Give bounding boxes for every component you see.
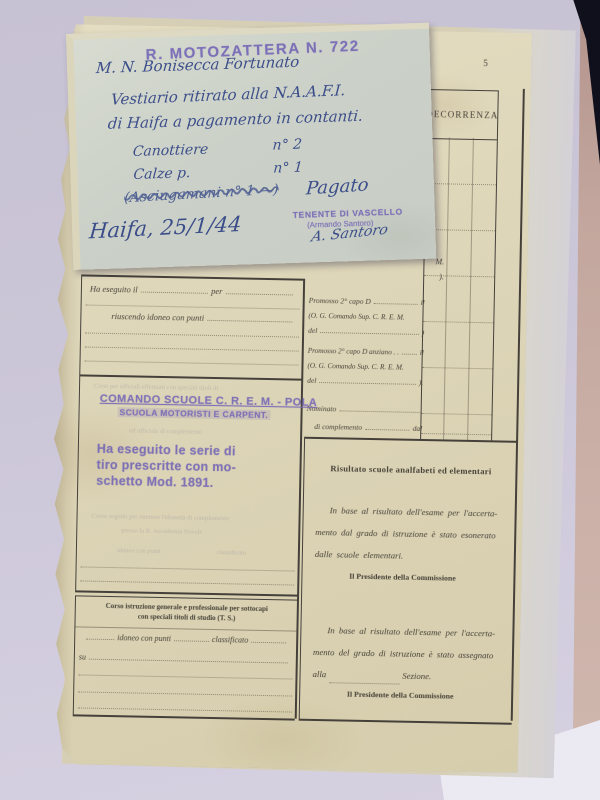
- dotted-leader: [207, 320, 292, 323]
- write-in-line: [85, 332, 299, 337]
- faint-print-line: classificato: [217, 549, 246, 557]
- photo-scene: 5 DECORRENZA M. ). Ha eseguito il: [0, 0, 600, 800]
- write-in-line: [78, 707, 292, 712]
- write-in-line: [78, 691, 292, 696]
- corso-title-line: con speciali titoli di studio (T. S.): [76, 611, 298, 623]
- decorrenza-header-box: DECORRENZA: [426, 89, 499, 140]
- riuscendo-label: riuscendo idoneo con punti: [111, 311, 204, 323]
- paragraph-line: dalle scuole elementari.: [315, 543, 507, 569]
- handwritten-item: Calze p.: [133, 165, 191, 183]
- write-in-line: [80, 580, 294, 585]
- tiro-stamp: Ha eseguito le serie di tiro prescritte …: [96, 441, 236, 492]
- tiro-stamp-line: schetto Mod. 1891.: [96, 473, 236, 492]
- eseguito-box: Ha eseguito il per riuscendo idoneo con …: [79, 274, 304, 380]
- promosso-2-label: Promosso 2° capo D anziano . .: [308, 347, 399, 357]
- su-label: su: [79, 652, 86, 661]
- promosso-1-label: Promosso 2° capo D: [309, 296, 371, 306]
- handwritten-date: Haifa, 25/1/44: [88, 212, 242, 244]
- dotted-leader: [365, 429, 410, 431]
- faint-print-line: ed ufficiale di complemento: [129, 427, 202, 435]
- president-signature-label: Il Presidente della Commissione: [302, 571, 502, 584]
- covered-text-fragment: ).: [439, 272, 444, 281]
- handwritten-item-qty: n° 1: [273, 160, 304, 177]
- dotted-leader: [89, 659, 288, 664]
- sezione-label: Sezione.: [402, 665, 431, 688]
- del-label: del: [307, 376, 316, 385]
- idoneo-label: idoneo con punti: [117, 633, 171, 643]
- grid-row-line: [422, 367, 492, 369]
- paren-label: ).: [419, 378, 424, 387]
- scuola-motoristi-stamp: SCUOLA MOTORISTI E CARPENT.: [117, 407, 270, 420]
- faint-print-line: idoneo con punti: [117, 547, 161, 555]
- grid-row-line: [426, 183, 496, 185]
- handwritten-name: M. N. Bonisecca Fortunato: [95, 53, 300, 77]
- dotted-leader: [374, 303, 418, 305]
- handwritten-line: Vestiario ritirato alla N.A.A.F.I.: [110, 81, 345, 108]
- handwritten-item-qty: n° 2: [272, 137, 303, 154]
- write-in-line: [85, 346, 299, 351]
- dal-label: dal: [413, 424, 423, 433]
- eseguito-label: Ha eseguito il: [90, 284, 138, 295]
- dotted-leader: [174, 640, 209, 642]
- promosso-block: Promosso 2° capo D il (O. G. Comando Sup…: [309, 291, 425, 293]
- handwritten-pagato: Pagato: [305, 174, 369, 199]
- grid-row-line: [421, 433, 491, 435]
- grid-row-line: [425, 229, 495, 231]
- dotted-leader: [141, 292, 208, 294]
- dotted-leader: [339, 410, 419, 413]
- write-in-line: [85, 360, 299, 365]
- corso-istruzione-box: Corso istruzione generale e professional…: [73, 595, 298, 719]
- page-number: 5: [483, 58, 488, 68]
- classificato-label: classificato: [212, 635, 249, 645]
- dotted-leader: [329, 682, 399, 684]
- comando-sup-line: (O. G. Comando Sup. C. R. E. M.: [308, 312, 404, 322]
- write-in-line: [86, 305, 300, 310]
- dotted-leader: [251, 642, 286, 644]
- grid-row-line: [422, 413, 492, 415]
- grid-row-line: [424, 275, 494, 277]
- separator-line: [75, 626, 297, 631]
- dotted-leader: [319, 382, 415, 385]
- il-label: il: [420, 298, 424, 307]
- handwritten-note: R. MOTOZATTERA N. 722 M. N. Bonisecca Fo…: [66, 23, 436, 270]
- handwritten-line: di Haifa a pagamento in contanti.: [107, 107, 363, 133]
- dotted-leader: [402, 354, 417, 355]
- risultato-box: Risultato scuole analfabeti ed elementar…: [299, 437, 518, 723]
- paren-label: ): [422, 328, 425, 337]
- dotted-leader: [86, 639, 114, 641]
- faint-print-line: Corso seguito per ottenere l'idoneità di…: [91, 513, 229, 523]
- grid-row-line: [423, 321, 493, 323]
- stamped-schools-box: Corsi per ufficiali effettuati con speci…: [75, 374, 302, 596]
- dotted-leader: [225, 293, 292, 295]
- president-signature-label: Il Presidente della Commissione: [300, 689, 500, 702]
- complemento-label: di complemento: [314, 422, 362, 432]
- risultato-paragraph-1: In base al risultato dell'esame per l'ac…: [315, 499, 508, 569]
- faint-print-line: presso la R. Accademia Navale: [121, 527, 202, 536]
- per-label: per: [211, 286, 223, 296]
- del-label: del: [308, 326, 317, 335]
- tenente-vascello-stamp: TENENTE DI VASCELLO: [293, 207, 403, 220]
- handwritten-struck-item: (Asciugamani n° 1 —): [124, 182, 279, 207]
- decorrenza-label: DECORRENZA: [426, 109, 499, 120]
- il-label: il: [420, 349, 424, 357]
- handwritten-item: Canottiere: [132, 142, 209, 160]
- risultato-paragraph-2: In base al risultato dell'esame per l'ac…: [312, 619, 505, 689]
- dotted-leader: [320, 332, 418, 335]
- alla-label: alla: [312, 663, 326, 685]
- write-in-line: [78, 674, 292, 679]
- covered-text-fragment: M.: [435, 257, 444, 266]
- comando-sup-line: (O. G. Comando Sup. C. R. E. M.: [307, 362, 403, 372]
- write-in-line: [81, 566, 295, 571]
- risultato-title: Risultato scuole analfabeti ed elementar…: [304, 463, 517, 477]
- faint-print-line: Corsi per ufficiali effettuati con speci…: [94, 383, 218, 392]
